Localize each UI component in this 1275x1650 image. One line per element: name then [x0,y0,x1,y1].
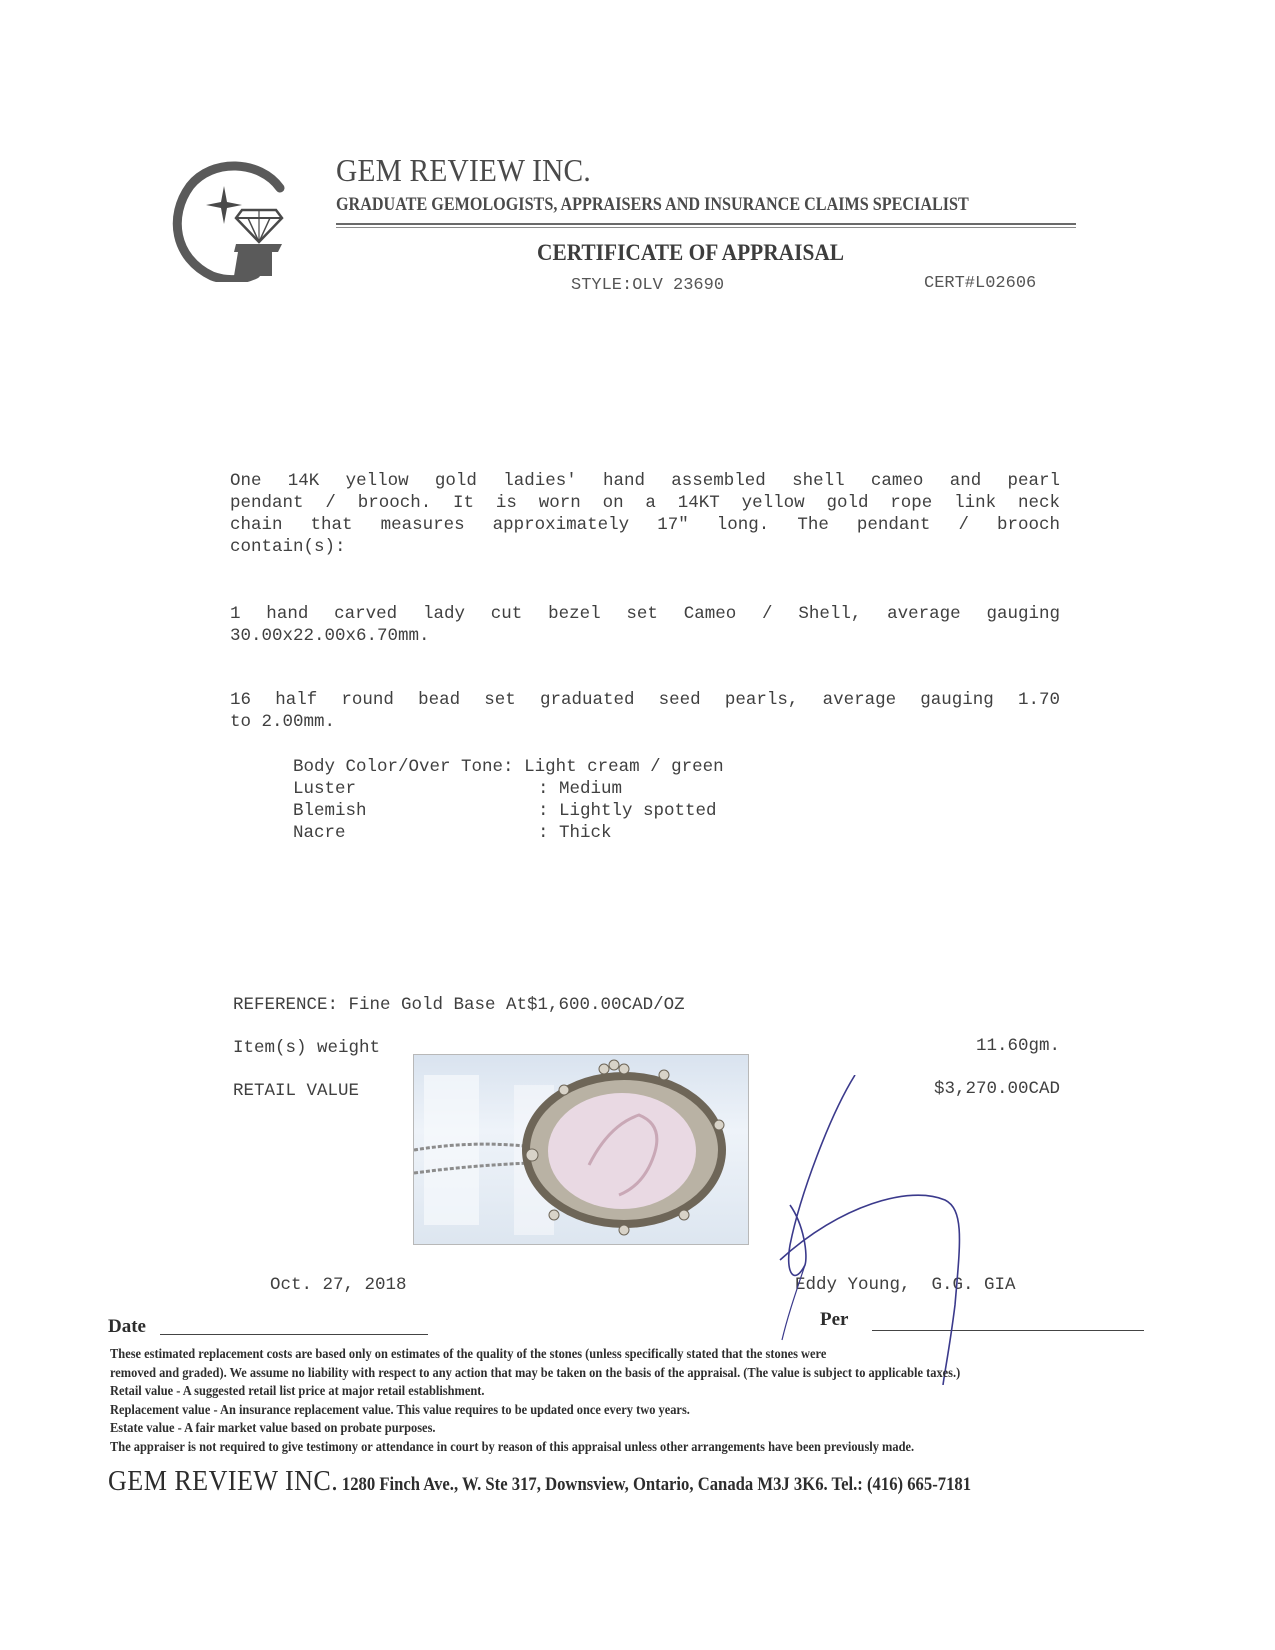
disclaimer-line: Retail value - A suggested retail list p… [110,1382,1100,1401]
document-title: CERTIFICATE OF APPRAISAL [537,240,844,266]
item-description: One 14K yellow gold ladies' hand assembl… [230,470,1060,558]
header-rule [336,227,1076,228]
retail-value: $3,270.00CAD [934,1079,1060,1099]
certificate-number: CERT#L02606 [924,274,1036,293]
disclaimer-line: These estimated replacement costs are ba… [110,1345,1100,1364]
description-line: to 2.00mm. [230,711,1060,733]
cameo-brooch-image [414,1055,748,1244]
spec-row: Luster: Medium [293,778,724,800]
spec-label: Blemish [293,800,538,822]
spec-value: Thick [559,822,612,844]
item-photo [413,1054,749,1245]
spec-value: Lightly spotted [559,800,717,822]
date-signature-line [160,1334,428,1335]
footer: GEM REVIEW INC. 1280 Finch Ave., W. Ste … [108,1465,971,1498]
description-line: contain(s): [230,536,1060,558]
spec-label: Body Color/Over Tone [293,756,503,778]
description-line: 16 half round bead set graduated seed pe… [230,689,1060,711]
spec-value: Light cream / green [524,756,724,778]
weight-label: Item(s) weight [233,1038,380,1058]
handwritten-signature [760,1075,1010,1385]
appraisal-date: Oct. 27, 2018 [270,1275,407,1295]
description-line: 30.00x22.00x6.70mm. [230,625,1060,647]
description-line: pendant / brooch. It is worn on a 14KT y… [230,492,1060,514]
weight-value: 11.60gm. [976,1036,1060,1056]
spec-row: Blemish: Lightly spotted [293,800,724,822]
description-line: chain that measures approximately 17" lo… [230,514,1060,536]
per-signature-line [872,1330,1144,1331]
pearl-description: 16 half round bead set graduated seed pe… [230,689,1060,733]
style-code: STYLE:OLV 23690 [571,276,724,295]
spec-row: Body Color/Over Tone: Light cream / gree… [293,756,724,778]
gold-reference: REFERENCE: Fine Gold Base At$1,600.00CAD… [233,995,685,1015]
retail-value-label: RETAIL VALUE [233,1081,359,1101]
spec-value: Medium [559,778,622,800]
disclaimer-line: Replacement value - An insurance replace… [110,1401,1100,1420]
description-line: One 14K yellow gold ladies' hand assembl… [230,470,1060,492]
company-name: GEM REVIEW INC. [336,152,591,189]
description-line: 1 hand carved lady cut bezel set Cameo /… [230,603,1060,625]
footer-company-name: GEM REVIEW INC. [108,1465,338,1497]
disclaimer-line: removed and graded). We assume no liabil… [110,1364,1100,1383]
footer-address: 1280 Finch Ave., W. Ste 317, Downsview, … [342,1475,971,1495]
date-label: Date [108,1316,146,1338]
per-label: Per [820,1309,848,1331]
pearl-specs: Body Color/Over Tone: Light cream / gree… [293,756,724,844]
disclaimer-line: The appraiser is not required to give te… [110,1438,1100,1457]
company-tagline: GRADUATE GEMOLOGISTS, APPRAISERS AND INS… [336,194,969,216]
spec-label: Nacre [293,822,538,844]
disclaimer: These estimated replacement costs are ba… [110,1345,1210,1457]
spec-label: Luster [293,778,538,800]
gem-review-logo-icon [172,158,290,282]
spec-row: Nacre: Thick [293,822,724,844]
header-rule [336,223,1076,225]
appraiser-name: Eddy Young, G.G. GIA [795,1275,1016,1295]
disclaimer-line: Estate value - A fair market value based… [110,1419,1100,1438]
cameo-description: 1 hand carved lady cut bezel set Cameo /… [230,603,1060,647]
